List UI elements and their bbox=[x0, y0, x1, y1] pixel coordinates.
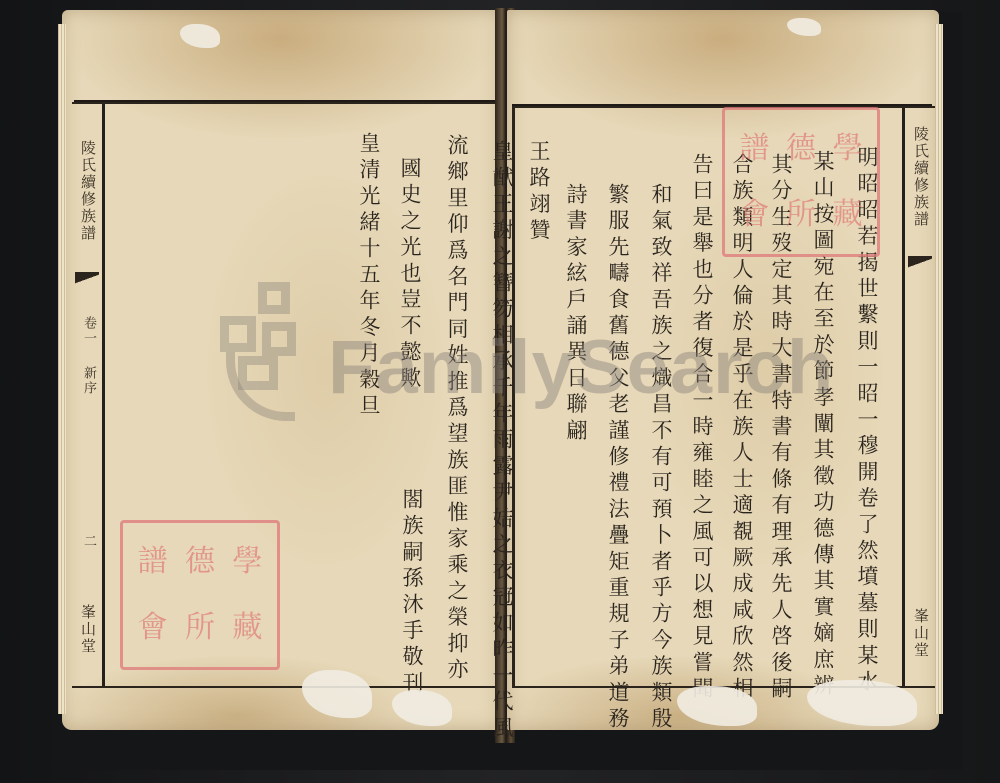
paper-damage bbox=[180, 24, 220, 48]
banxin-hall-name: 峯山堂 bbox=[911, 608, 932, 659]
page-edge-stack bbox=[935, 24, 943, 714]
paper-damage bbox=[677, 686, 757, 726]
right-page: 陵氏續修族譜 峯山堂 明昭昭若揭世繫則一昭一穆開卷了然墳墓則某水 某山按圖宛在至… bbox=[507, 10, 939, 730]
paper-damage bbox=[302, 670, 372, 718]
date-column: 皇清光緒十五年冬月穀旦 bbox=[358, 132, 379, 420]
banxin-volume: 卷一 bbox=[79, 316, 98, 346]
paper-damage bbox=[807, 680, 917, 726]
left-page: 陵氏續修族譜 卷一 新序 二 峯山堂 流鄉里仰爲名門同姓推爲望族匪惟家乘之榮抑亦… bbox=[62, 10, 500, 730]
text-column: 繁服先疇食舊德父老謹修禮法疊矩重規子弟道務 bbox=[607, 183, 628, 733]
banxin-title: 陵氏續修族譜 bbox=[911, 126, 932, 228]
fish-tail-mark bbox=[75, 272, 99, 286]
banxin-title: 陵氏續修族譜 bbox=[78, 140, 99, 242]
collection-seal: 譜德學 會所藏 bbox=[722, 107, 880, 257]
banxin-section: 新序 bbox=[79, 366, 98, 396]
banxin-hall-name: 峯山堂 bbox=[78, 604, 99, 655]
banxin-margin: 陵氏續修族譜 峯山堂 bbox=[902, 108, 935, 686]
text-column: 流鄉里仰爲名門同姓推爲望族匪惟家乘之榮抑亦 bbox=[446, 134, 467, 684]
text-column: 皇猷王謝之簪笏相承千年雨露尹姞之衣冠如昨一代風 bbox=[491, 140, 512, 743]
paper-damage bbox=[392, 690, 452, 726]
text-column: 告曰是舉也分者復合一時雍睦之風可以想見嘗聞 bbox=[691, 153, 712, 703]
page-number: 二 bbox=[79, 534, 98, 549]
fish-tail-mark bbox=[908, 256, 932, 270]
text-column: 王路翊贊 bbox=[528, 140, 549, 245]
page-edge-stack bbox=[58, 24, 66, 714]
text-column: 國史之光也豈不懿歟 bbox=[399, 157, 420, 393]
text-column: 和氣致祥吾族之熾昌不有可預卜者乎方今族類殷 bbox=[650, 183, 671, 733]
signature-column: 閤族嗣孫沐手敬刊 bbox=[401, 488, 422, 698]
paper-damage bbox=[787, 18, 821, 36]
text-column: 詩書家絃戶誦異日聯翩 bbox=[565, 183, 586, 445]
collection-seal: 譜德學 會所藏 bbox=[120, 520, 280, 670]
banxin-margin: 陵氏續修族譜 卷一 新序 二 峯山堂 bbox=[72, 104, 105, 686]
